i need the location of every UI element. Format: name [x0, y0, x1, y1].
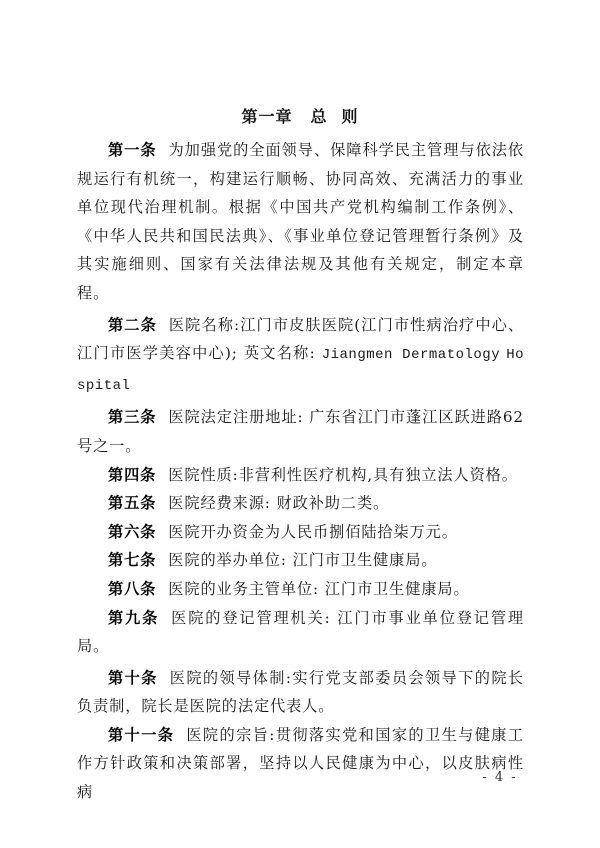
article-number: 第二条: [108, 316, 157, 334]
article-text-line: 江门市医学美容中心); 英文名称:: [77, 344, 316, 362]
article-number: 第十条: [108, 669, 158, 687]
article-text-line: 医院开办资金为人民币捌佰陆拾柒万元。: [168, 523, 458, 541]
article-7: 第七条医院的举办单位: 江门市卫生健康局。: [77, 546, 524, 575]
article-3: 第三条医院法定注册地址: 广东省江门市蓬江区跃进路62 号之一。: [77, 403, 524, 460]
article-10: 第十条医院的领导体制:实行党支部委员会领导下的院长负责制，院长是医院的法定代表人…: [77, 664, 524, 721]
article-number: 第五条: [108, 494, 156, 512]
article-text-line: 医院的登记管理机关: 江门市事业单位登记管理: [171, 609, 524, 627]
article-text-line: 医院经费来源: 财政补助二类。: [168, 494, 389, 512]
article-4: 第四条医院性质:非营利性医疗机构,具有独立法人资格。: [77, 461, 524, 490]
page-number: - 4 -: [470, 770, 530, 785]
article-number: 第十一条: [108, 726, 174, 744]
article-number: 第三条: [108, 408, 156, 426]
article-6: 第六条医院开办资金为人民币捌佰陆拾柒万元。: [77, 518, 524, 547]
chapter-title: 第一章总则: [0, 104, 600, 127]
article-5: 第五条医院经费来源: 财政补助二类。: [77, 489, 524, 518]
article-number: 第九条: [108, 609, 159, 627]
article-11: 第十一条医院的宗旨:贯彻落实党和国家的卫生与健康工作方针政策和决策部署，坚持以人…: [77, 721, 524, 807]
chapter-word-1: 总: [310, 107, 327, 126]
article-8: 第八条医院的业务主管单位: 江门市卫生健康局。: [77, 575, 524, 604]
article-number: 第四条: [108, 466, 156, 484]
article-text-line: 医院的举办单位: 江门市卫生健康局。: [168, 551, 437, 569]
article-9: 第九条医院的登记管理机关: 江门市事业单位登记管理局。: [77, 604, 524, 661]
article-text-line: 医院的宗旨:贯彻落实党和国家的卫生与健康工: [186, 726, 524, 744]
article-text-line: 医院的领导体制:实行党支部委员会领导下的院长: [170, 669, 524, 687]
article-text-line: 为加强党的全面领导、保障科学民主管理与依法依: [169, 141, 525, 159]
document-body: 第一条为加强党的全面领导、保障科学民主管理与依法依规运行有机统一，构建运行顺畅、…: [77, 136, 524, 807]
article-number: 第八条: [108, 580, 156, 598]
article-number: 第七条: [108, 551, 156, 569]
article-text-line: 医院法定注册地址: 广东省江门市蓬江区跃进路: [168, 408, 502, 426]
article-number: 第一条: [108, 141, 157, 159]
article-text-line: 医院性质:非营利性医疗机构,具有独立法人资格。: [168, 466, 518, 484]
article-text-line: 作方针政策和决策部署，坚持以人民健康为中心，以皮肤病性病: [77, 754, 524, 801]
chapter-word-2: 则: [342, 107, 359, 126]
document-page: 第一章总则 第一条为加强党的全面领导、保障科学民主管理与依法依规运行有机统一，构…: [0, 0, 600, 848]
article-text-line: 医院的业务主管单位: 江门市卫生健康局。: [168, 580, 469, 598]
article-text-line: 负责制，院长是医院的法定代表人。: [77, 697, 334, 715]
article-number: 第六条: [108, 523, 156, 541]
article-text-line: 局。: [77, 637, 109, 655]
english-name: Jiangmen Dermatology: [322, 347, 500, 363]
article-1: 第一条为加强党的全面领导、保障科学民主管理与依法依规运行有机统一，构建运行顺畅、…: [77, 136, 524, 308]
article-2: 第二条医院名称:江门市皮肤医院(江门市性病治疗中心、江门市医学美容中心); 英文…: [77, 311, 524, 401]
chapter-number: 第一章: [241, 107, 292, 126]
article-text-line: 医院名称:江门市皮肤医院(江门市性病治疗中心、: [169, 316, 524, 334]
